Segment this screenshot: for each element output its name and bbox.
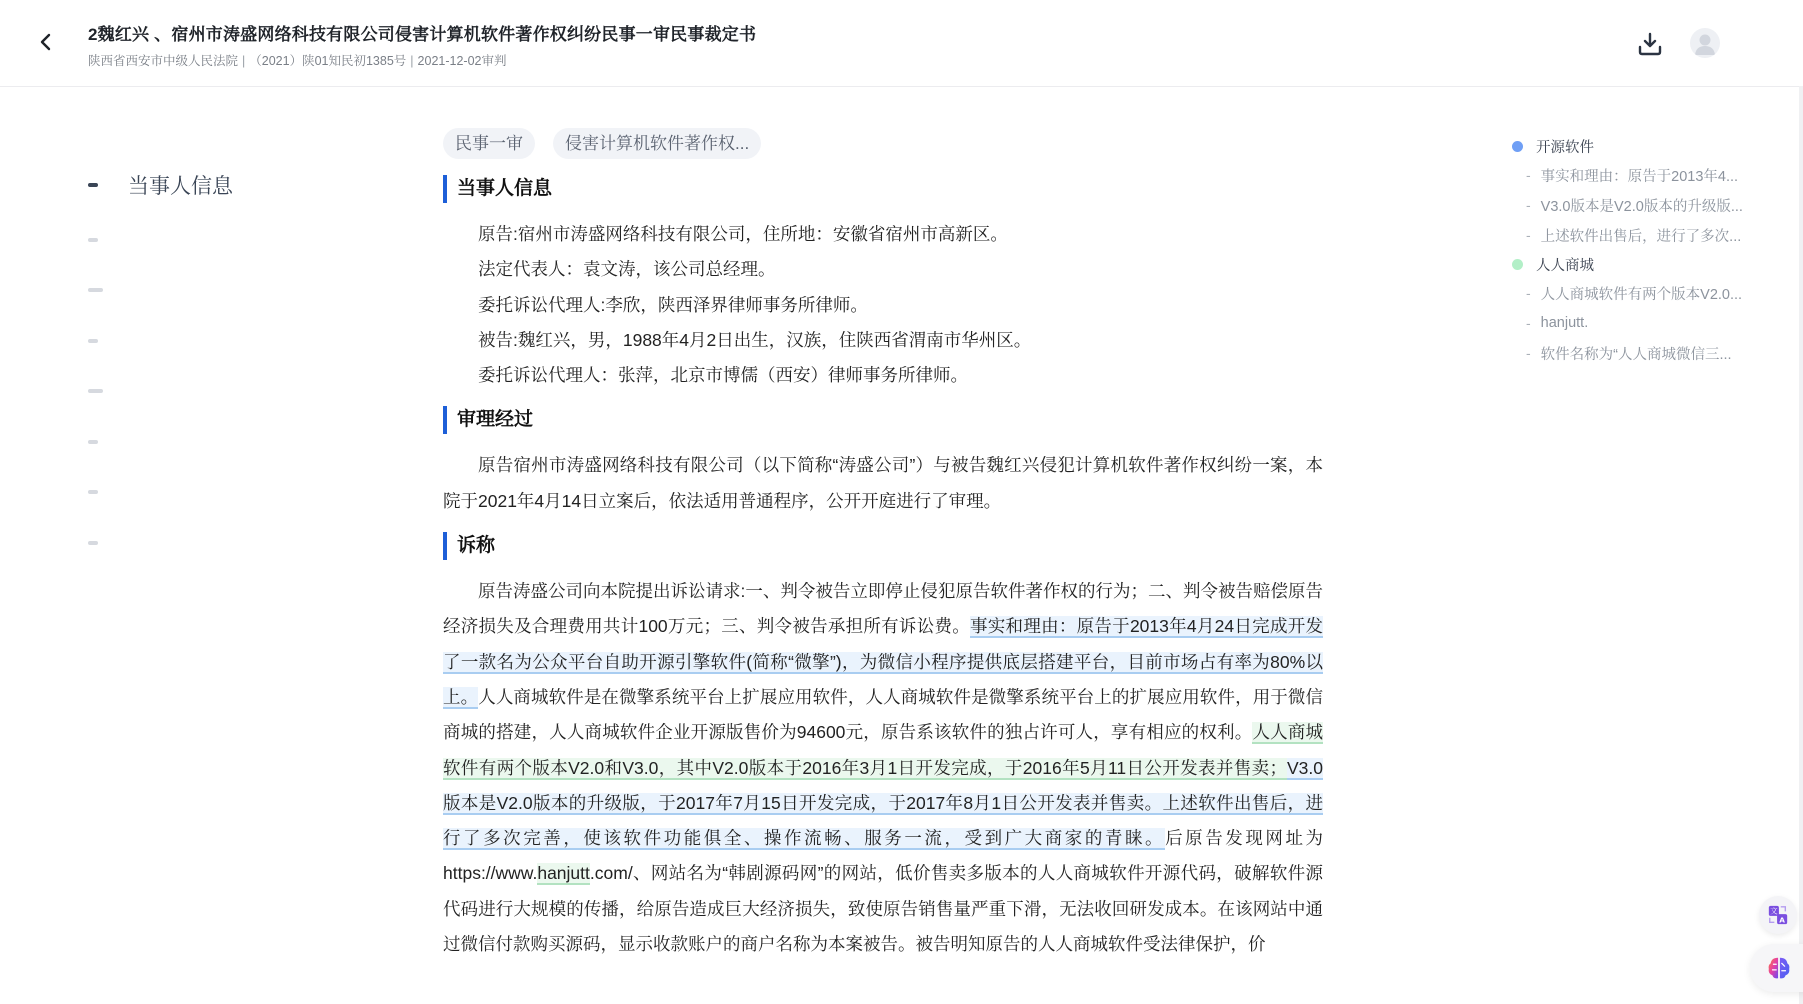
outline-item[interactable]: -人人商城软件有两个版本V2.0...	[1512, 278, 1792, 308]
tag-list: 民事一审 侵害计算机软件著作权...	[443, 128, 1323, 159]
outline-item-label: 人人商城软件有两个版本V2.0...	[1541, 283, 1742, 304]
document-body: 民事一审 侵害计算机软件著作权... 当事人信息 原告:宿州市涛盛网络科技有限公…	[443, 128, 1323, 962]
outline-item[interactable]: -hanjutt.	[1512, 308, 1792, 338]
document-title: 2魏红兴 、宿州市涛盛网络科技有限公司侵害计算机软件著作权纠纷民事一审民事裁定书	[88, 20, 756, 45]
top-header: 2魏红兴 、宿州市涛盛网络科技有限公司侵害计算机软件著作权纠纷民事一审民事裁定书…	[0, 0, 1803, 87]
outline-group-open-source[interactable]: 开源软件	[1512, 132, 1792, 160]
nav-item-collapsed[interactable]	[88, 541, 98, 545]
plaintiff-agent-line: 委托诉讼代理人:李欣，陕西泽界律师事务所律师。	[478, 288, 1323, 323]
back-button[interactable]	[34, 30, 58, 54]
group-color-dot	[1512, 141, 1523, 152]
claims-text: 人人商城软件是在微擎系统平台上扩展应用软件，人人商城软件是微擎系统平台上的扩展应…	[443, 687, 1323, 742]
defendant-agent-line: 委托诉讼代理人：张萍，北京市博儒（西安）律师事务所律师。	[478, 358, 1323, 393]
download-button[interactable]	[1636, 30, 1664, 58]
user-avatar[interactable]	[1690, 28, 1720, 58]
party-info: 原告:宿州市涛盛网络科技有限公司，住所地：安徽省宿州市高新区。 法定代表人：袁文…	[443, 217, 1323, 393]
nav-item-collapsed[interactable]	[88, 339, 98, 343]
judgment-date: 2021-12-02审判	[418, 54, 507, 68]
annotation-outline: 开源软件 -事实和理由：原告于2013年4... -V3.0版本是V2.0版本的…	[1512, 132, 1792, 368]
page-scrollbar[interactable]	[1799, 86, 1803, 1004]
svg-text:A: A	[1779, 915, 1785, 924]
section-heading-trial: 审理经过	[443, 406, 1323, 434]
highlight-renren-mall[interactable]: hanjutt	[537, 863, 590, 885]
outline-item-label: 事实和理由：原告于2013年4...	[1541, 165, 1738, 186]
outline-item-label: 软件名称为“人人商城微信三...	[1541, 343, 1732, 364]
group-color-dot	[1512, 259, 1523, 270]
section-heading-claims: 诉称	[443, 532, 1323, 560]
dash-icon: -	[1526, 315, 1531, 331]
defendant-line: 被告:魏红兴，男，1988年4月2日出生，汉族，住陕西省渭南市华州区。	[478, 323, 1323, 358]
tag-case-type[interactable]: 侵害计算机软件著作权...	[553, 128, 761, 159]
outline-item[interactable]: -事实和理由：原告于2013年4...	[1512, 160, 1792, 190]
ai-assistant-button[interactable]	[1750, 944, 1803, 992]
outline-item[interactable]: -软件名称为“人人商城微信三...	[1512, 338, 1792, 368]
chevron-left-icon	[34, 30, 58, 54]
court-name: 陕西省西安市中级人民法院	[88, 54, 238, 68]
meta-separator: |	[242, 54, 245, 68]
outline-group-renren-mall[interactable]: 人人商城	[1512, 250, 1792, 278]
outline-group-label: 开源软件	[1536, 136, 1594, 157]
tag-trial-level[interactable]: 民事一审	[443, 128, 535, 159]
nav-item-collapsed[interactable]	[88, 238, 98, 242]
nav-item-collapsed[interactable]	[88, 288, 103, 292]
download-icon	[1636, 30, 1664, 58]
dash-icon: -	[1526, 197, 1531, 213]
left-section-nav: 当事人信息	[0, 86, 300, 1004]
dash-icon: -	[1526, 345, 1531, 361]
nav-item-parties[interactable]: 当事人信息	[88, 170, 233, 200]
nav-item-collapsed[interactable]	[88, 389, 103, 393]
outline-item-label: 上述软件出售后，进行了多次...	[1541, 225, 1742, 246]
brain-ai-icon	[1766, 955, 1792, 981]
nav-item-collapsed[interactable]	[88, 490, 98, 494]
nav-item-collapsed[interactable]	[88, 440, 98, 444]
meta-separator: |	[410, 54, 413, 68]
claims-paragraph: 原告涛盛公司向本院提出诉讼请求:一、判令被告立即停止侵犯原告软件著作权的行为；二…	[443, 574, 1323, 962]
outline-item-label: V3.0版本是V2.0版本的升级版...	[1541, 195, 1743, 216]
dash-icon: -	[1526, 285, 1531, 301]
user-avatar-icon	[1690, 28, 1720, 58]
nav-item-label: 当事人信息	[128, 170, 233, 200]
outline-item[interactable]: -上述软件出售后，进行了多次...	[1512, 220, 1792, 250]
case-number: （2021）陕01知民初1385号	[249, 54, 406, 68]
outline-item-label: hanjutt.	[1541, 315, 1589, 331]
section-heading-parties: 当事人信息	[443, 175, 1323, 203]
outline-group-label: 人人商城	[1536, 254, 1594, 275]
dash-icon: -	[1526, 167, 1531, 183]
plaintiff-line: 原告:宿州市涛盛网络科技有限公司，住所地：安徽省宿州市高新区。	[478, 217, 1323, 252]
legal-rep-line: 法定代表人：袁文涛，该公司总经理。	[478, 252, 1323, 287]
translate-button[interactable]: 文 A	[1759, 896, 1797, 934]
trial-paragraph: 原告宿州市涛盛网络科技有限公司（以下简称“涛盛公司”）与被告魏红兴侵犯计算机软件…	[443, 448, 1323, 519]
svg-text:文: 文	[1770, 907, 1778, 916]
nav-active-marker	[88, 183, 98, 187]
dash-icon: -	[1526, 227, 1531, 243]
outline-item[interactable]: -V3.0版本是V2.0版本的升级版...	[1512, 190, 1792, 220]
translate-icon: 文 A	[1767, 904, 1789, 926]
document-meta: 陕西省西安市中级人民法院|（2021）陕01知民初1385号|2021-12-0…	[88, 51, 507, 69]
